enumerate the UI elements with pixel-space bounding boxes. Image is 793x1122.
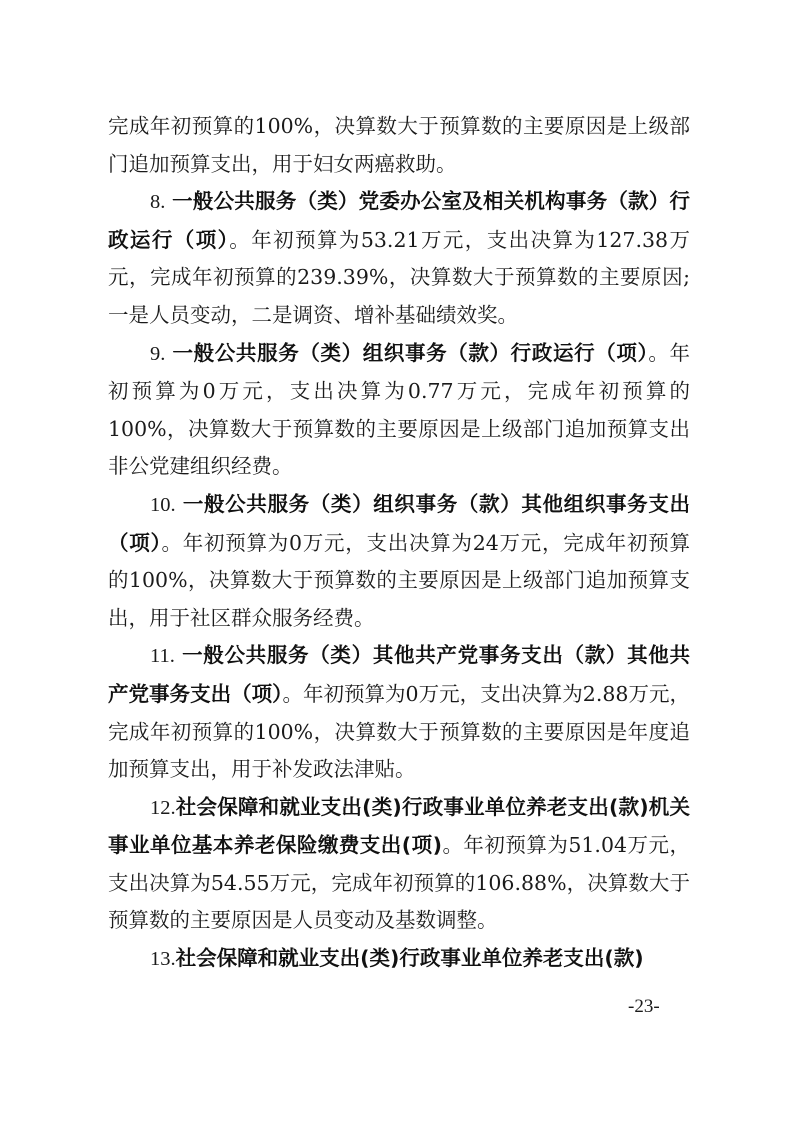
item-heading: 一般公共服务（类）组织事务（款）行政运行（项） [173, 341, 649, 365]
document-page: 完成年初预算的100%，决算数大于预算数的主要原因是上级部门追加预算支出，用于妇… [0, 0, 793, 1122]
budget-item-10: 10. 一般公共服务（类）组织事务（款）其他组织事务支出（项）。年初预算为0万元… [108, 486, 690, 637]
item-number: 10. [150, 494, 176, 516]
item-number: 8. [150, 191, 165, 213]
budget-item-9: 9. 一般公共服务（类）组织事务（款）行政运行（项）。年初预算为0万元，支出决算… [108, 335, 690, 486]
budget-item-8: 8. 一般公共服务（类）党委办公室及相关机构事务（款）行政运行（项）。年初预算为… [108, 183, 690, 334]
item-number: 13. [150, 948, 176, 970]
budget-item-11: 11. 一般公共服务（类）其他共产党事务支出（款）其他共产党事务支出（项）。年初… [108, 637, 690, 788]
continuation-paragraph: 完成年初预算的100%，决算数大于预算数的主要原因是上级部门追加预算支出，用于妇… [108, 108, 690, 183]
item-number: 12. [150, 797, 176, 819]
budget-item-13: 13.社会保障和就业支出(类)行政事业单位养老支出(款) [108, 940, 690, 979]
document-body: 完成年初预算的100%，决算数大于预算数的主要原因是上级部门追加预算支出，用于妇… [108, 108, 690, 979]
item-heading: 社会保障和就业支出(类)行政事业单位养老支出(款) [176, 946, 644, 970]
item-body: 。年初预算为0万元，支出决算为24万元，完成年初预算的100%，决算数大于预算数… [108, 531, 690, 630]
page-number: -23- [628, 996, 660, 1018]
item-number: 9. [150, 343, 165, 365]
item-number: 11. [150, 645, 175, 667]
budget-item-12: 12.社会保障和就业支出(类)行政事业单位养老支出(款)机关事业单位基本养老保险… [108, 789, 690, 940]
